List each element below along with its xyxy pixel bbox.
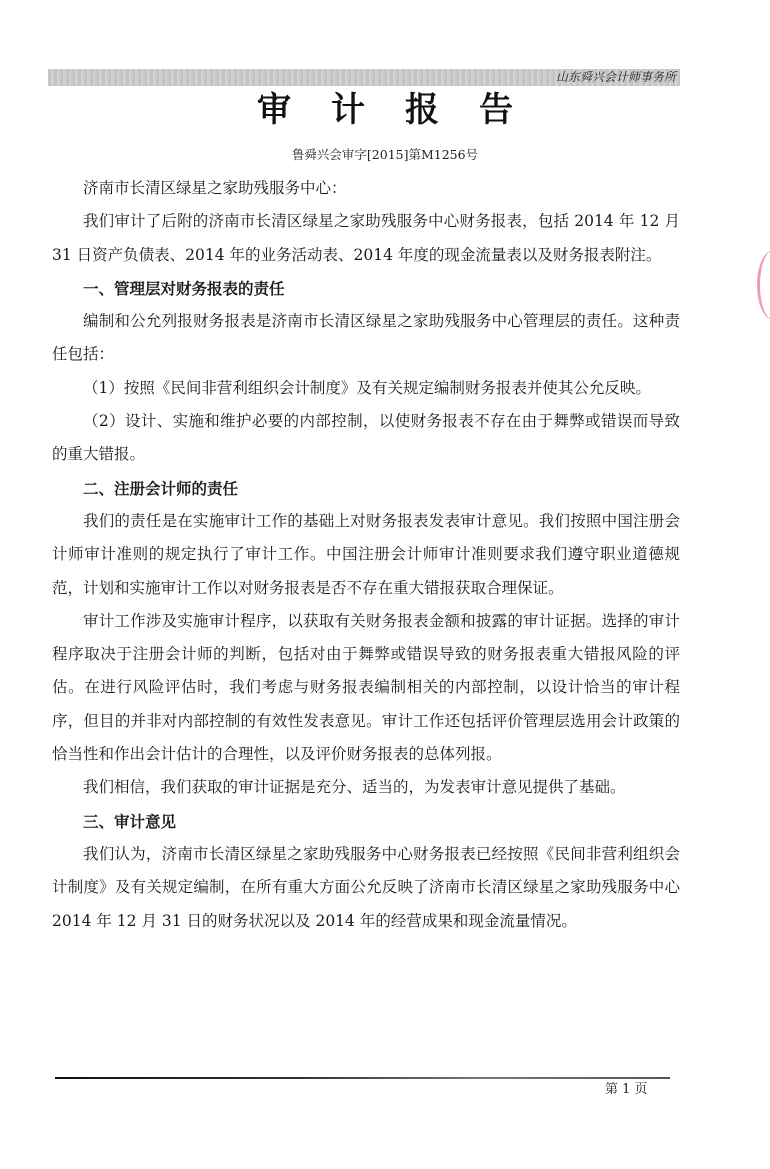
page-number: 第 1 页: [605, 1081, 648, 1099]
section-heading-opinion: 三、审计意见: [52, 805, 680, 838]
management-item-1: （1）按照《民间非营利组织会计制度》及有关规定编制财务报表并使其公允反映。: [52, 372, 680, 405]
footer-divider: [55, 1077, 670, 1079]
header-bar: 山东舜兴会计师事务所: [48, 69, 680, 86]
addressee: 济南市长清区绿星之家助残服务中心：: [52, 172, 680, 205]
intro-paragraph: 我们审计了后附的济南市长清区绿星之家助残服务中心财务报表，包括 2014 年 1…: [52, 205, 680, 272]
management-item-2: （2）设计、实施和维护必要的内部控制，以使财务报表不存在由于舞弊或错误而导致的重…: [52, 405, 680, 472]
opinion-paragraph: 我们认为，济南市长清区绿星之家助残服务中心财务报表已经按照《民间非营利组织会计制…: [52, 838, 680, 938]
document-title: 审计报告: [0, 88, 770, 132]
section-heading-auditor: 二、注册会计师的责任: [52, 472, 680, 505]
auditor-paragraph-3: 我们相信，我们获取的审计证据是充分、适当的，为发表审计意见提供了基础。: [52, 771, 680, 804]
section-heading-management: 一、管理层对财务报表的责任: [52, 272, 680, 305]
report-body: 济南市长清区绿星之家助残服务中心： 我们审计了后附的济南市长清区绿星之家助残服务…: [52, 172, 680, 938]
seal-stamp-edge: [757, 250, 770, 320]
auditor-paragraph-1: 我们的责任是在实施审计工作的基础上对财务报表发表审计意见。我们按照中国注册会计师…: [52, 505, 680, 605]
document-number: 鲁舜兴会审字[2015]第M1256号: [0, 146, 770, 164]
auditor-paragraph-2: 审计工作涉及实施审计程序，以获取有关财务报表金额和披露的审计证据。选择的审计程序…: [52, 605, 680, 771]
firm-name: 山东舜兴会计师事务所: [556, 69, 676, 86]
management-responsibility-paragraph: 编制和公允列报财务报表是济南市长清区绿星之家助残服务中心管理层的责任。这种责任包…: [52, 305, 680, 372]
